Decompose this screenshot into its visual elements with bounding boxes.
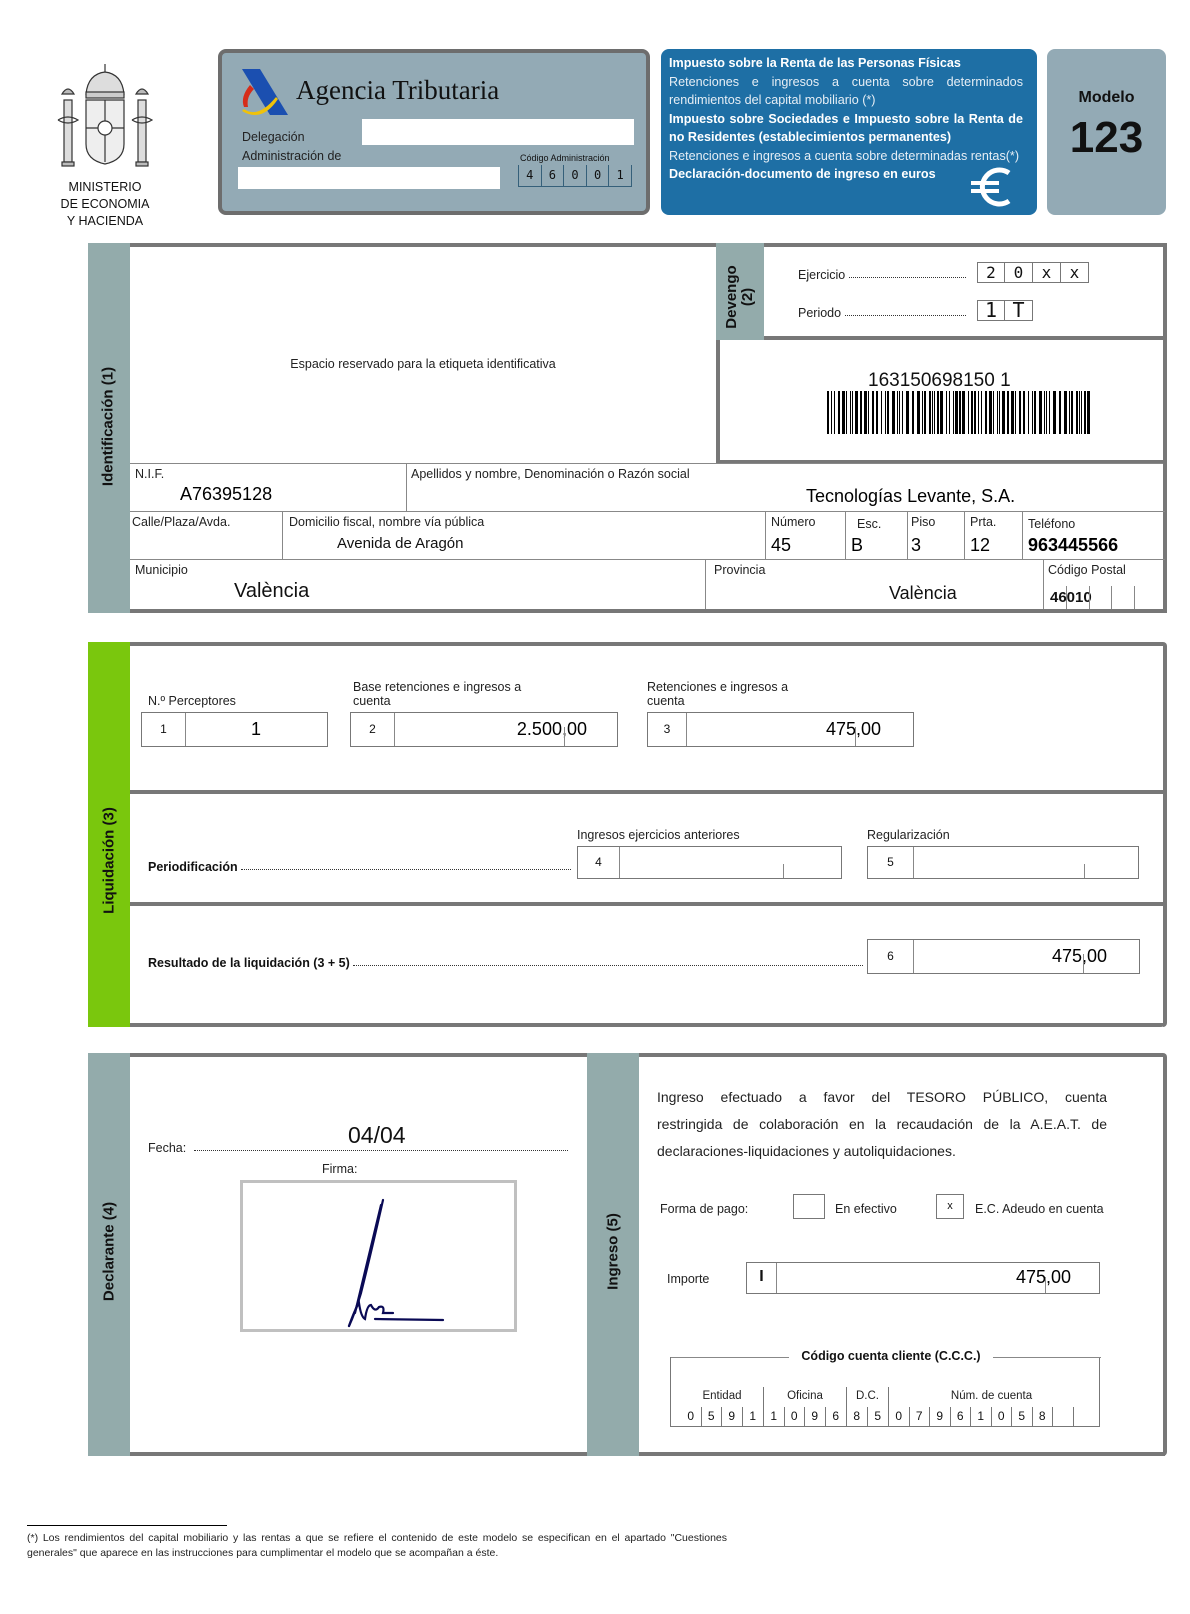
ministry-logo (52, 62, 158, 172)
nif-value[interactable]: A76395128 (180, 484, 272, 505)
modelo-number: 123 (1047, 113, 1166, 163)
ccc-digit: 6 (826, 1407, 847, 1426)
modelo-panel: Modelo 123 (1047, 49, 1166, 215)
agency-name: Agencia Tributaria (296, 75, 499, 106)
codigo-admin-digit: 0 (563, 165, 586, 186)
devengo-tab: Devengo (2) (716, 243, 764, 340)
cp-value[interactable]: 46010 (1050, 589, 1092, 606)
devengo-tab-number: (2) (739, 288, 756, 306)
administracion-field[interactable] (238, 167, 500, 189)
codigo-admin-digit: 4 (519, 165, 541, 186)
delegacion-field[interactable] (362, 119, 634, 145)
esc-value[interactable]: B (851, 535, 863, 556)
ingreso-tab-label: Ingreso (5) (605, 1152, 622, 1352)
ccc-digit: 8 (847, 1407, 868, 1426)
codigo-admin-digit: 6 (541, 165, 564, 186)
efectivo-checkbox[interactable] (793, 1194, 825, 1219)
ccc-digit: 9 (722, 1407, 743, 1426)
base-field[interactable]: 2 2.500,00 (350, 712, 618, 747)
barcode-left-border (716, 340, 720, 464)
ccc-digit (1074, 1407, 1095, 1426)
ident-right-border (1163, 463, 1167, 613)
agency-logo-icon (236, 67, 290, 117)
regularizacion-field[interactable]: 5 (867, 846, 1139, 879)
ccc-group-label: Entidad (681, 1387, 763, 1407)
ejercicio-label: Ejercicio (798, 268, 968, 282)
resultado-label: Resultado de la liquidación (3 + 5) (148, 956, 863, 970)
ccc-digit: 1 (971, 1407, 992, 1426)
efectivo-label: En efectivo (835, 1202, 897, 1216)
forma-pago-label: Forma de pago: (660, 1202, 748, 1216)
footnote: (*) Los rendimientos del capital mobilia… (27, 1531, 727, 1561)
declarante-tab: Declarante (4) (88, 1053, 130, 1456)
ccc-group-oficina: Oficina1096 (763, 1387, 846, 1426)
coat-of-arms-icon (52, 62, 158, 172)
adeudo-checkbox[interactable]: x (936, 1194, 964, 1219)
info-panel: Impuesto sobre la Renta de las Personas … (661, 49, 1037, 215)
digit-cell: x (1033, 262, 1061, 283)
ingreso-tab: Ingreso (5) (587, 1053, 639, 1456)
ccc-digit: 9 (930, 1407, 951, 1426)
municipio-label: Municipio (135, 563, 188, 577)
cp-label: Código Postal (1048, 563, 1126, 577)
digit-cell: 1 (977, 300, 1005, 321)
numero-label: Número (771, 515, 815, 529)
ccc-digit: 0 (785, 1407, 806, 1426)
ccc-digit: 5 (868, 1407, 889, 1426)
ingreso-text: Ingreso efectuado a favor del TESORO PÚB… (657, 1084, 1107, 1165)
municipio-value[interactable]: València (234, 580, 309, 603)
telefono-value[interactable]: 963445566 (1028, 535, 1118, 556)
ccc-box: Código cuenta cliente (C.C.C.) Entidad05… (670, 1357, 1100, 1427)
ingreso-text-line: declaraciones-liquidaciones y autoliquid… (657, 1138, 1107, 1165)
adeudo-label: E.C. Adeudo en cuenta (975, 1202, 1104, 1216)
info-line: Retenciones e ingresos a cuenta sobre de… (669, 147, 1023, 166)
ccc-group-entidad: Entidad0591 (681, 1387, 763, 1426)
periodificacion-label: Periodificación (148, 860, 571, 874)
ccc-digit: 8 (1033, 1407, 1054, 1426)
ccc-digit (1053, 1407, 1074, 1426)
ccc-group-label: D.C. (847, 1387, 888, 1407)
ccc-digit: 5 (1012, 1407, 1033, 1426)
signature-box[interactable] (240, 1180, 517, 1332)
ccc-digit: 0 (889, 1407, 910, 1426)
liquidacion-tab-label: Liquidación (3) (101, 761, 118, 961)
perceptores-field[interactable]: 1 1 (141, 712, 328, 747)
telefono-label: Teléfono (1028, 517, 1075, 531)
retenciones-field[interactable]: 3 475,00 (647, 712, 914, 747)
info-lines: Impuesto sobre la Renta de las Personas … (669, 54, 1023, 184)
administracion-label: Administración de (242, 149, 341, 163)
ccc-group-label: Oficina (764, 1387, 846, 1407)
digit-cell: 0 (1005, 262, 1033, 283)
calle-label: Calle/Plaza/Avda. (132, 515, 230, 529)
info-line: Declaración-documento de ingreso en euro… (669, 165, 1023, 184)
ccc-digit: 1 (743, 1407, 764, 1426)
ministry-name: MINISTERIO DE ECONOMIA Y HACIENDA (40, 179, 170, 230)
ccc-digit: 5 (702, 1407, 723, 1426)
ccc-title: Código cuenta cliente (C.C.C.) (789, 1349, 993, 1363)
devengo-right-border (1163, 243, 1167, 340)
digit-cell: 2 (977, 262, 1005, 283)
name-label: Apellidos y nombre, Denominación o Razón… (411, 467, 690, 481)
modelo-label: Modelo (1047, 89, 1166, 107)
ingreso-text-line: Ingreso efectuado a favor del TESORO PÚB… (657, 1084, 1107, 1111)
importe-label: Importe (667, 1272, 709, 1286)
barcode-number: 163150698150 1 (868, 370, 1011, 392)
digit-cell: T (1005, 300, 1033, 321)
ccc-field[interactable]: Entidad0591Oficina1096D.C.85Núm. de cuen… (681, 1387, 1094, 1426)
devengo-bottom-border (764, 336, 1167, 340)
domicilio-value[interactable]: Avenida de Aragón (337, 535, 464, 552)
ccc-group-d-c: D.C.85 (846, 1387, 888, 1426)
ccc-digit: 9 (805, 1407, 826, 1426)
digit-cell: x (1061, 262, 1089, 283)
domicilio-label: Domicilio fiscal, nombre vía pública (289, 515, 484, 529)
base-label: Base retenciones e ingresos a cuenta (353, 680, 543, 708)
devengo-top-border (764, 243, 1167, 247)
piso-label: Piso (911, 515, 935, 529)
prta-label: Prta. (970, 515, 996, 529)
codigo-admin-digit: 1 (608, 165, 631, 186)
name-value[interactable]: Tecnologías Levante, S.A. (806, 486, 1015, 507)
numero-value[interactable]: 45 (771, 535, 791, 556)
ingresos-ant-field[interactable]: 4 (577, 846, 842, 879)
devengo-tab-label: Devengo (723, 265, 740, 328)
ccc-digit: 0 (681, 1407, 702, 1426)
delegacion-label: Delegación (242, 130, 305, 144)
ccc-group-n-m-de-cuenta: Núm. de cuenta07961058 (888, 1387, 1094, 1426)
euro-icon (971, 167, 1013, 207)
ejercicio-field[interactable]: 20xx (977, 262, 1089, 283)
periodo-field[interactable]: 1T (977, 300, 1033, 321)
codigo-admin-label: Código Administración (520, 153, 610, 163)
perceptores-label: N.º Perceptores (148, 694, 236, 708)
fecha-label: Fecha: (148, 1141, 568, 1155)
prta-value[interactable]: 12 (970, 535, 990, 556)
firma-label: Firma: (322, 1162, 357, 1176)
importe-field[interactable]: I 475,00 (746, 1262, 1100, 1294)
identificacion-tab: Identificación (1) (88, 243, 130, 613)
info-line: Impuesto sobre Sociedades e Impuesto sob… (669, 110, 1023, 147)
barcode-icon (827, 391, 1093, 434)
ccc-digit: 7 (910, 1407, 931, 1426)
ccc-group-label: Núm. de cuenta (889, 1387, 1094, 1407)
piso-value[interactable]: 3 (911, 535, 921, 556)
barcode-right-border (1163, 340, 1167, 464)
signature-icon (243, 1183, 514, 1329)
ingreso-text-line: restringida de colaboración en la recaud… (657, 1111, 1107, 1138)
resultado-field[interactable]: 6 475,00 (867, 939, 1140, 974)
info-line: Impuesto sobre la Renta de las Personas … (669, 54, 1023, 73)
ident-bottom-border (130, 609, 1167, 613)
declarante-tab-label: Declarante (4) (101, 1152, 118, 1352)
codigo-admin-field: 46001 (518, 165, 632, 187)
agency-panel: Agencia Tributaria Delegación Administra… (218, 49, 650, 215)
regularizacion-label: Regularización (867, 828, 950, 842)
esc-label: Esc. (857, 517, 881, 531)
liquidacion-tab: Liquidación (3) (88, 642, 130, 1027)
ingresos-ant-label: Ingresos ejercicios anteriores (577, 828, 740, 842)
provincia-value[interactable]: València (889, 583, 957, 604)
info-line: Retenciones e ingresos a cuenta sobre de… (669, 73, 1023, 110)
ccc-digit: 6 (951, 1407, 972, 1426)
ccc-digit: 1 (764, 1407, 785, 1426)
provincia-label: Provincia (714, 563, 765, 577)
footnote-rule (27, 1525, 227, 1526)
identificacion-tab-label: Identificación (1) (100, 327, 117, 527)
ccc-digit: 0 (992, 1407, 1013, 1426)
periodo-label: Periodo (798, 306, 968, 320)
codigo-admin-digit: 0 (586, 165, 609, 186)
nif-label: N.I.F. (135, 467, 164, 481)
label-space: Espacio reservado para la etiqueta ident… (130, 247, 716, 463)
retenciones-label: Retenciones e ingresos a cuenta (647, 680, 822, 708)
